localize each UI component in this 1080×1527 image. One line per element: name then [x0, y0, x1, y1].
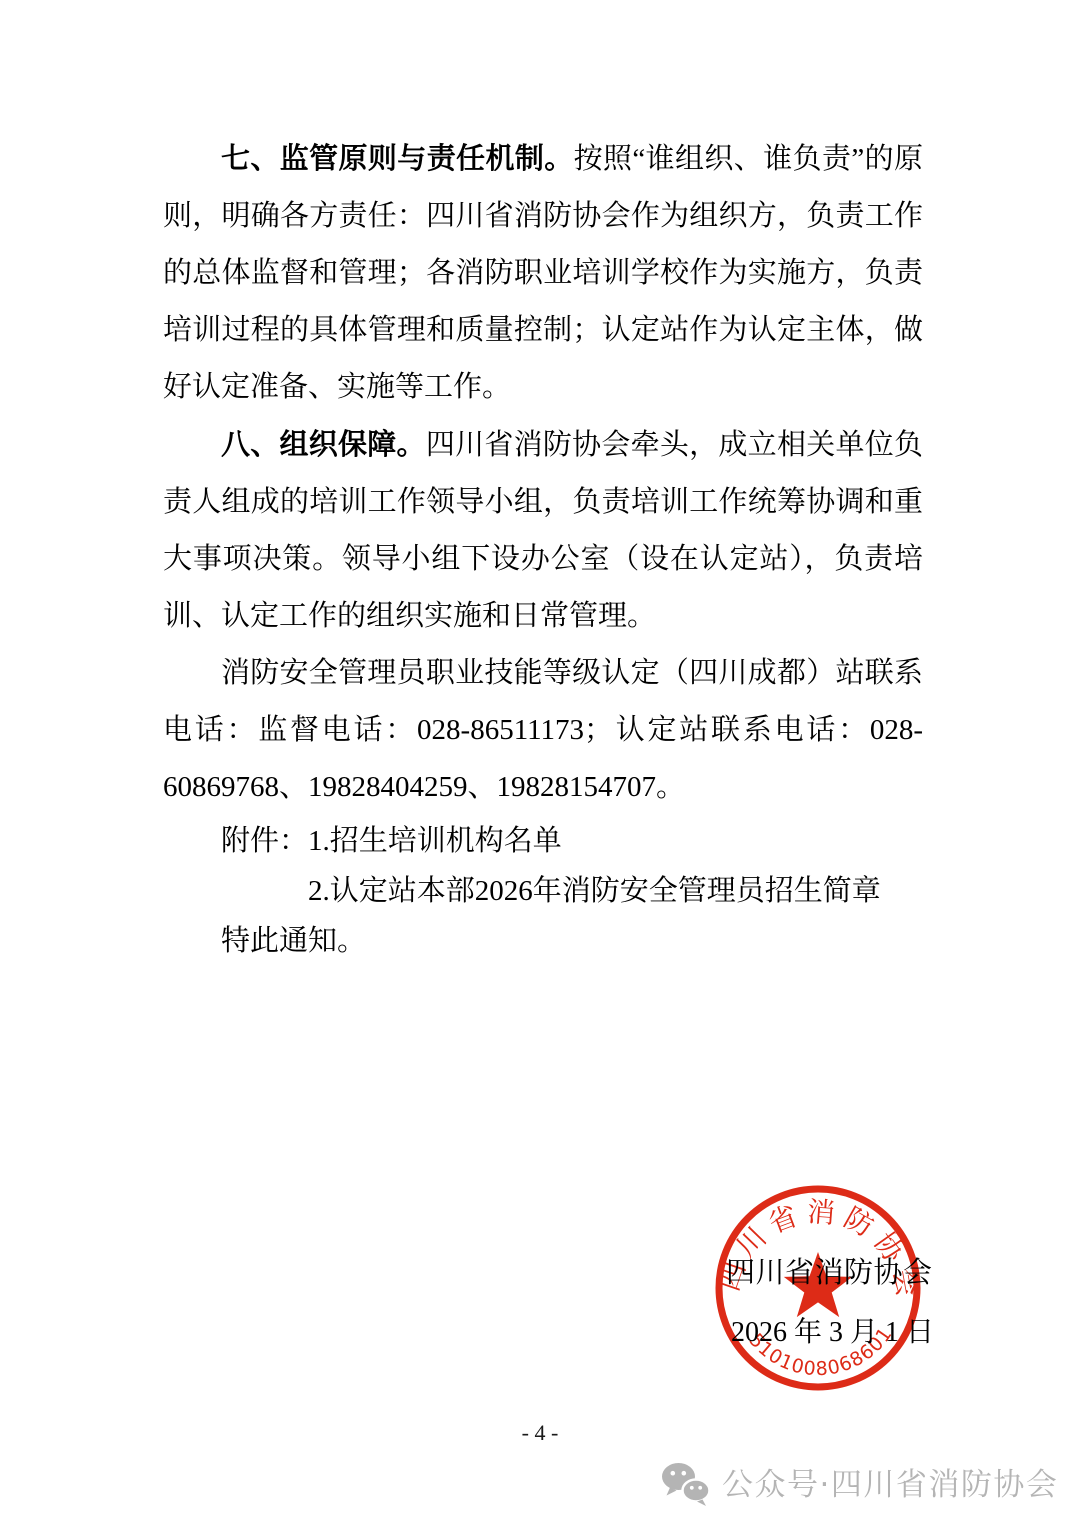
brand-footer: 公众号·四川省消防协会 — [661, 1462, 1058, 1508]
attachment-item: 附件：1.招生培训机构名单 — [163, 816, 923, 866]
wechat-icon — [661, 1462, 711, 1508]
attachment-item-text: 2.认定站本部2026年消防安全管理员招生简章 — [308, 875, 881, 907]
attachment-item-text: 1.招生培训机构名单 — [308, 825, 562, 857]
attachment-item: 2.认定站本部2026年消防安全管理员招生简章 — [308, 866, 923, 916]
official-seal: 四川省消防协会 5101008068601 — [712, 1182, 924, 1394]
paragraph-heading: 八、组织保障。 — [221, 427, 426, 461]
attachments-list: 附件：1.招生培训机构名单 2.认定站本部2026年消防安全管理员招生简章 — [163, 816, 923, 916]
page-number: - 4 - — [0, 1420, 1080, 1446]
brand-text: 公众号·四川省消防协会 — [722, 1462, 1058, 1508]
document-page: 七、监管原则与责任机制。按照“谁组织、谁负责”的原则，明确各方责任：四川省消防协… — [0, 0, 1080, 1527]
paragraph-supervision: 七、监管原则与责任机制。按照“谁组织、谁负责”的原则，明确各方责任：四川省消防协… — [163, 130, 923, 416]
attachments-label: 附件： — [221, 825, 308, 857]
seal-star-icon — [784, 1252, 852, 1317]
paragraph-organization: 八、组织保障。四川省消防协会牵头，成立相关单位负责人组成的培训工作领导小组，负责… — [163, 416, 923, 645]
paragraph-text: 消防安全管理员职业技能等级认定（四川成都）站联系电话：监督电话：028-8651… — [163, 657, 923, 803]
paragraph-contact: 消防安全管理员职业技能等级认定（四川成都）站联系电话：监督电话：028-8651… — [163, 645, 923, 816]
paragraph-text: 按照“谁组织、谁负责”的原则，明确各方责任：四川省消防协会作为组织方，负责工作的… — [163, 143, 923, 403]
document-body: 七、监管原则与责任机制。按照“谁组织、谁负责”的原则，明确各方责任：四川省消防协… — [163, 130, 923, 966]
closing-notice: 特此通知。 — [163, 916, 923, 966]
paragraph-heading: 七、监管原则与责任机制。 — [221, 141, 574, 175]
